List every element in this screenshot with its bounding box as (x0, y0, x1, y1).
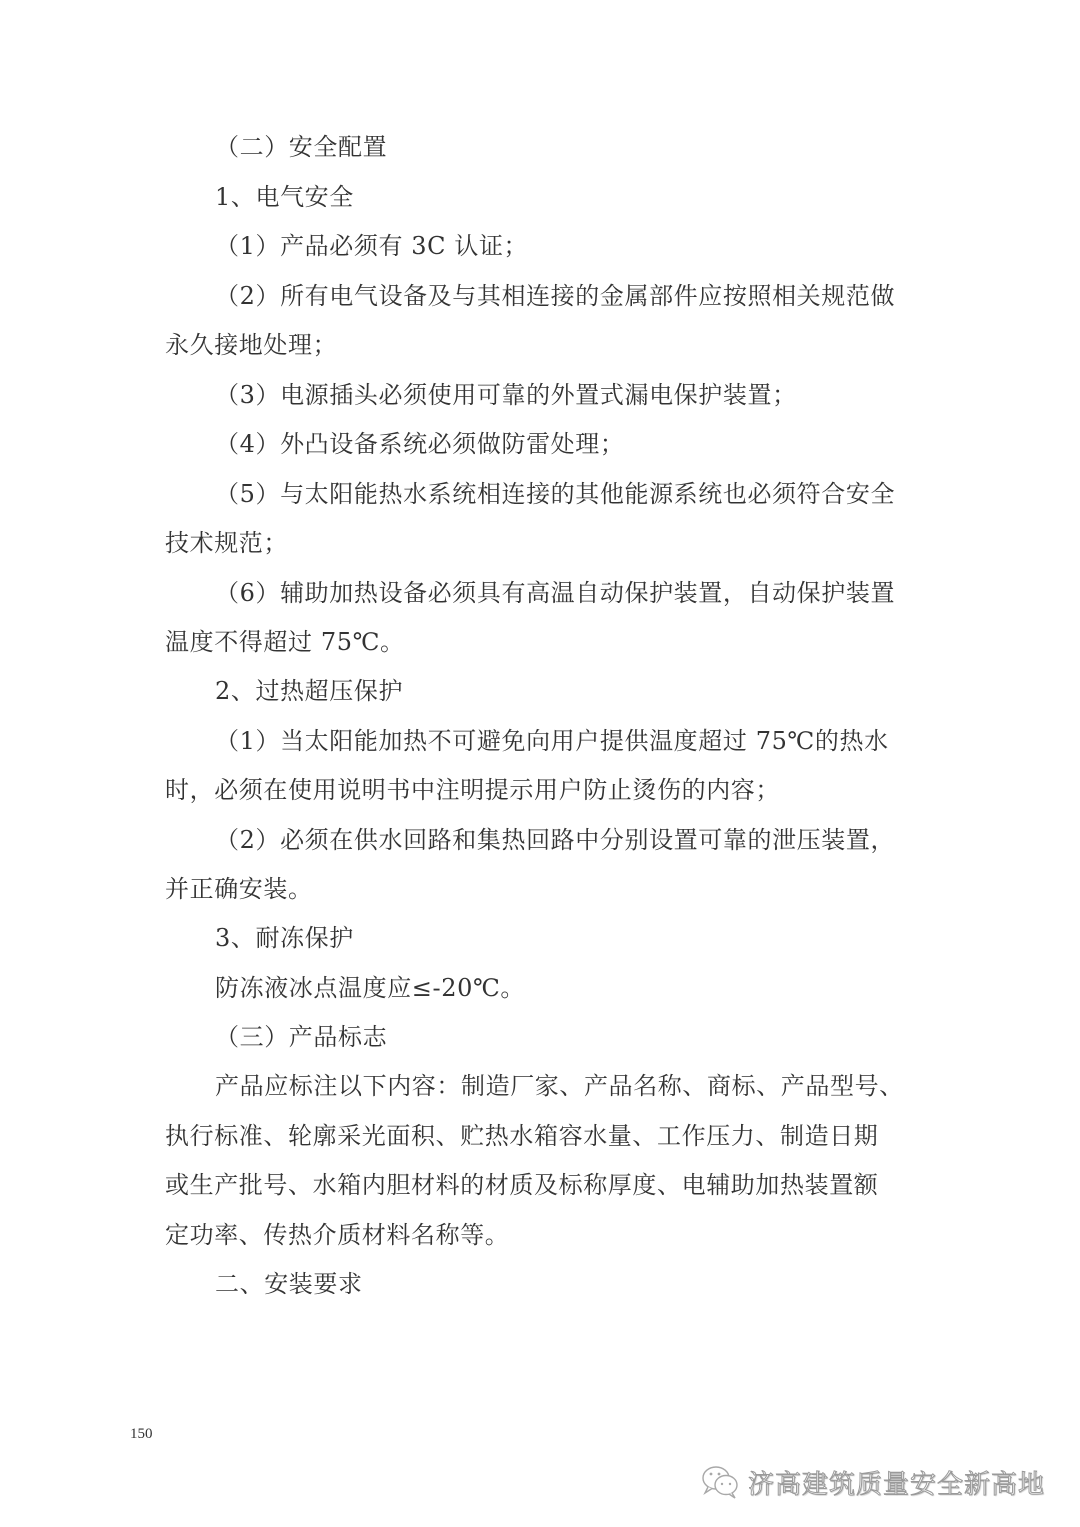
paragraph-line: 定功率、传热介质材料名称等。 (165, 1220, 509, 1250)
paragraph-line: （1）当太阳能加热不可避免向用户提供温度超过 75℃的热水 (215, 726, 889, 756)
chapter-heading-installation-requirements: 二、安装要求 (215, 1269, 363, 1299)
wechat-icon (700, 1464, 742, 1500)
paragraph-line: （6）辅助加热设备必须具有高温自动保护装置，自动保护装置 (215, 578, 895, 608)
paragraph-line: （4）外凸设备系统必须做防雷处理； (215, 429, 624, 459)
subsection-heading-electrical-safety: 1、电气安全 (215, 182, 354, 212)
paragraph-line: 或生产批号、水箱内胆材料的材质及标称厚度、电辅助加热装置额 (165, 1170, 878, 1200)
paragraph-line: （2）所有电气设备及与其相连接的金属部件应按照相关规范做 (215, 281, 895, 311)
section-heading-product-marking: （三）产品标志 (215, 1022, 387, 1052)
paragraph-line: （5）与太阳能热水系统相连接的其他能源系统也必须符合安全 (215, 479, 895, 509)
paragraph-line: 时，必须在使用说明书中注明提示用户防止烫伤的内容； (165, 775, 780, 805)
paragraph-line: 温度不得超过 75℃。 (165, 627, 405, 657)
paragraph-line: 技术规范； (165, 528, 288, 558)
paragraph-line: （2）必须在供水回路和集热回路中分别设置可靠的泄压装置， (215, 825, 895, 855)
paragraph-line: 并正确安装。 (165, 874, 313, 904)
subsection-heading-overheat-protection: 2、过热超压保护 (215, 676, 403, 706)
paragraph-line: （1）产品必须有 3C 认证； (215, 231, 528, 261)
paragraph-line: 执行标准、轮廓采光面积、贮热水箱容水量、工作压力、制造日期 (165, 1121, 878, 1151)
paragraph-line: 产品应标注以下内容：制造厂家、产品名称、商标、产品型号、 (215, 1071, 904, 1101)
paragraph-line: 防冻液冰点温度应≤-20℃。 (215, 973, 525, 1003)
section-heading-safety-config: （二）安全配置 (215, 132, 387, 162)
subsection-heading-freeze-protection: 3、耐冻保护 (215, 923, 354, 953)
page-number: 150 (130, 1426, 153, 1443)
paragraph-line: （3）电源插头必须使用可靠的外置式漏电保护装置； (215, 380, 797, 410)
document-page: （二）安全配置 1、电气安全 （1）产品必须有 3C 认证； （2）所有电气设备… (0, 0, 1080, 1527)
watermark-text: 济高建筑质量安全新高地 (748, 1464, 1045, 1501)
paragraph-line: 永久接地处理； (165, 330, 337, 360)
watermark: 济高建筑质量安全新高地 (700, 1462, 1045, 1502)
